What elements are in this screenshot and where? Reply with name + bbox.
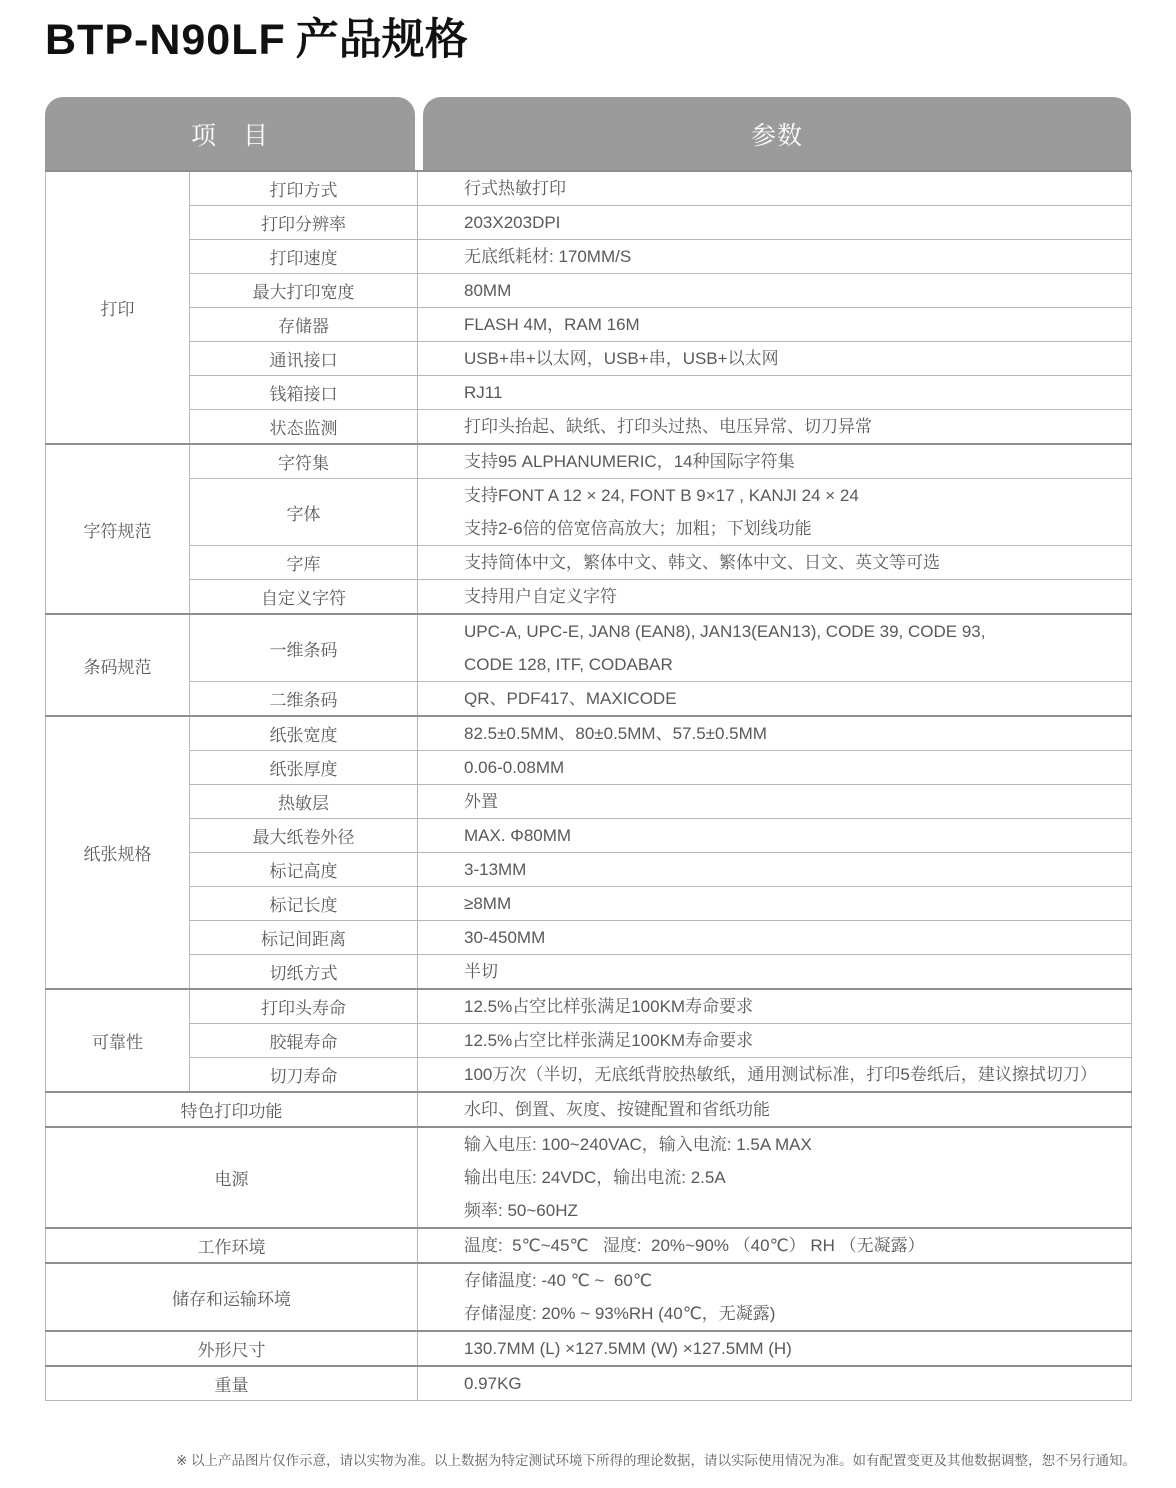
spec-item-cell: 胶辊寿命	[190, 1024, 418, 1058]
spec-item-cell: 重量	[46, 1366, 418, 1401]
spec-value-line: 温度: 5℃~45℃ 湿度: 20%~90% （40℃） RH （无凝露）	[464, 1229, 1131, 1262]
spec-value-cell: UPC-A, UPC-E, JAN8 (EAN8), JAN13(EAN13),…	[418, 614, 1132, 682]
spec-value-cell: 3-13MM	[418, 853, 1132, 887]
header-param-column: 参数	[423, 97, 1131, 170]
table-row: 工作环境温度: 5℃~45℃ 湿度: 20%~90% （40℃） RH （无凝露…	[46, 1228, 1132, 1263]
spec-value-cell: 80MM	[418, 274, 1132, 308]
table-row: 标记高度3-13MM	[46, 853, 1132, 887]
spec-group-cell: 打印	[46, 171, 190, 444]
spec-group-cell: 可靠性	[46, 989, 190, 1092]
spec-value-cell: 支持简体中文，繁体中文、韩文、繁体中文、日文、英文等可选	[418, 546, 1132, 580]
spec-item-cell: 字库	[190, 546, 418, 580]
spec-value-cell: FLASH 4M，RAM 16M	[418, 308, 1132, 342]
spec-item-cell: 存储器	[190, 308, 418, 342]
table-row: 切纸方式半切	[46, 955, 1132, 990]
spec-value-line: 12.5%占空比样张满足100KM寿命要求	[464, 990, 1131, 1023]
table-row: 外形尺寸130.7MM (L) ×127.5MM (W) ×127.5MM (H…	[46, 1331, 1132, 1366]
spec-value-cell: 支持用户自定义字符	[418, 580, 1132, 615]
table-row: 胶辊寿命12.5%占空比样张满足100KM寿命要求	[46, 1024, 1132, 1058]
spec-item-cell: 储存和运输环境	[46, 1263, 418, 1331]
spec-value-cell: 打印头抬起、缺纸、打印头过热、电压异常、切刀异常	[418, 410, 1132, 445]
spec-item-cell: 工作环境	[46, 1228, 418, 1263]
spec-value-cell: 温度: 5℃~45℃ 湿度: 20%~90% （40℃） RH （无凝露）	[418, 1228, 1132, 1263]
spec-value-cell: 支持95 ALPHANUMERIC，14种国际字符集	[418, 444, 1132, 479]
spec-value-line: 存储湿度: 20% ~ 93%RH (40℃，无凝露)	[464, 1297, 1131, 1330]
table-row: 标记间距离30-450MM	[46, 921, 1132, 955]
spec-value-cell: QR、PDF417、MAXICODE	[418, 682, 1132, 717]
table-row: 二维条码QR、PDF417、MAXICODE	[46, 682, 1132, 717]
spec-value-cell: 外置	[418, 785, 1132, 819]
spec-item-cell: 外形尺寸	[46, 1331, 418, 1366]
spec-value-cell: RJ11	[418, 376, 1132, 410]
spec-value-cell: 输入电压: 100~240VAC，输入电流: 1.5A MAX输出电压: 24V…	[418, 1127, 1132, 1228]
spec-value-line: 12.5%占空比样张满足100KM寿命要求	[464, 1024, 1131, 1057]
spec-item-cell: 电源	[46, 1127, 418, 1228]
spec-value-line: 3-13MM	[464, 853, 1131, 886]
spec-value-line: CODE 128, ITF, CODABAR	[464, 648, 1131, 681]
spec-value-line: 80MM	[464, 274, 1131, 307]
spec-value-line: ≥8MM	[464, 887, 1131, 920]
table-row: 纸张厚度0.06-0.08MM	[46, 751, 1132, 785]
spec-value-line: 输出电压: 24VDC，输出电流: 2.5A	[464, 1161, 1131, 1194]
table-row: 条码规范一维条码UPC-A, UPC-E, JAN8 (EAN8), JAN13…	[46, 614, 1132, 682]
footer-disclaimer: ※ 以上产品图片仅作示意，请以实物为准。以上数据为特定测试环境下所得的理论数据，…	[41, 1449, 1136, 1469]
spec-value-line: 行式热敏打印	[464, 172, 1131, 205]
spec-table-container: 项 目 参数 打印打印方式行式热敏打印打印分辨率203X203DPI打印速度无底…	[45, 97, 1131, 1401]
spec-item-cell: 最大纸卷外径	[190, 819, 418, 853]
page-title-suffix: 产品规格	[296, 16, 468, 64]
spec-value-cell: 行式热敏打印	[418, 171, 1132, 206]
spec-value-cell: 无底纸耗材: 170MM/S	[418, 240, 1132, 274]
spec-value-line: 0.06-0.08MM	[464, 751, 1131, 784]
product-model: BTP-N90LF	[45, 16, 286, 64]
spec-item-cell: 二维条码	[190, 682, 418, 717]
spec-value-line: 外置	[464, 785, 1131, 818]
spec-value-line: 打印头抬起、缺纸、打印头过热、电压异常、切刀异常	[464, 410, 1131, 443]
spec-item-cell: 打印速度	[190, 240, 418, 274]
spec-value-cell: 30-450MM	[418, 921, 1132, 955]
spec-value-line: 半切	[464, 955, 1131, 988]
table-row: 最大纸卷外径MAX. Φ80MM	[46, 819, 1132, 853]
spec-item-cell: 打印方式	[190, 171, 418, 206]
spec-item-cell: 切刀寿命	[190, 1058, 418, 1093]
spec-item-cell: 通讯接口	[190, 342, 418, 376]
spec-table-body: 打印打印方式行式热敏打印打印分辨率203X203DPI打印速度无底纸耗材: 17…	[46, 171, 1132, 1401]
spec-item-cell: 纸张宽度	[190, 716, 418, 751]
spec-value-cell: 水印、倒置、灰度、按键配置和省纸功能	[418, 1092, 1132, 1127]
spec-item-cell: 字符集	[190, 444, 418, 479]
spec-value-cell: 12.5%占空比样张满足100KM寿命要求	[418, 1024, 1132, 1058]
spec-value-line: QR、PDF417、MAXICODE	[464, 682, 1131, 715]
spec-value-line: FLASH 4M，RAM 16M	[464, 308, 1131, 341]
spec-item-cell: 切纸方式	[190, 955, 418, 990]
table-row: 自定义字符支持用户自定义字符	[46, 580, 1132, 615]
table-row: 钱箱接口RJ11	[46, 376, 1132, 410]
spec-item-cell: 热敏层	[190, 785, 418, 819]
table-row: 打印速度无底纸耗材: 170MM/S	[46, 240, 1132, 274]
spec-value-line: 存储温度: -40 ℃ ~ 60℃	[464, 1264, 1131, 1297]
spec-item-cell: 打印头寿命	[190, 989, 418, 1024]
spec-value-line: 支持用户自定义字符	[464, 580, 1131, 613]
spec-value-line: 支持FONT A 12 × 24, FONT B 9×17 , KANJI 24…	[464, 479, 1131, 512]
spec-sheet-page: BTP-N90LF产品规格 项 目 参数 打印打印方式行式热敏打印打印分辨率20…	[0, 0, 1176, 1488]
spec-value-cell: MAX. Φ80MM	[418, 819, 1132, 853]
table-row: 特色打印功能水印、倒置、灰度、按键配置和省纸功能	[46, 1092, 1132, 1127]
table-row: 状态监测打印头抬起、缺纸、打印头过热、电压异常、切刀异常	[46, 410, 1132, 445]
spec-item-cell: 特色打印功能	[46, 1092, 418, 1127]
spec-value-line: 输入电压: 100~240VAC，输入电流: 1.5A MAX	[464, 1128, 1131, 1161]
spec-item-cell: 打印分辨率	[190, 206, 418, 240]
spec-group-cell: 纸张规格	[46, 716, 190, 989]
table-row: 字库支持简体中文，繁体中文、韩文、繁体中文、日文、英文等可选	[46, 546, 1132, 580]
spec-value-cell: 12.5%占空比样张满足100KM寿命要求	[418, 989, 1132, 1024]
spec-item-cell: 标记高度	[190, 853, 418, 887]
table-row: 储存和运输环境存储温度: -40 ℃ ~ 60℃存储湿度: 20% ~ 93%R…	[46, 1263, 1132, 1331]
table-row: 最大打印宽度80MM	[46, 274, 1132, 308]
table-row: 切刀寿命100万次（半切，无底纸背胶热敏纸，通用测试标准，打印5卷纸后，建议擦拭…	[46, 1058, 1132, 1093]
spec-value-cell: 存储温度: -40 ℃ ~ 60℃存储湿度: 20% ~ 93%RH (40℃，…	[418, 1263, 1132, 1331]
spec-item-cell: 自定义字符	[190, 580, 418, 615]
table-row: 热敏层外置	[46, 785, 1132, 819]
table-row: 重量0.97KG	[46, 1366, 1132, 1401]
table-row: 字符规范字符集支持95 ALPHANUMERIC，14种国际字符集	[46, 444, 1132, 479]
spec-value-line: 水印、倒置、灰度、按键配置和省纸功能	[464, 1093, 1131, 1126]
table-row: 纸张规格纸张宽度82.5±0.5MM、80±0.5MM、57.5±0.5MM	[46, 716, 1132, 751]
page-title: BTP-N90LF产品规格	[45, 14, 468, 66]
spec-value-cell: 130.7MM (L) ×127.5MM (W) ×127.5MM (H)	[418, 1331, 1132, 1366]
spec-value-cell: 82.5±0.5MM、80±0.5MM、57.5±0.5MM	[418, 716, 1132, 751]
table-row: 存储器FLASH 4M，RAM 16M	[46, 308, 1132, 342]
spec-table: 打印打印方式行式热敏打印打印分辨率203X203DPI打印速度无底纸耗材: 17…	[45, 170, 1132, 1401]
spec-value-cell: USB+串+以太网，USB+串，USB+以太网	[418, 342, 1132, 376]
spec-item-cell: 字体	[190, 479, 418, 546]
spec-value-cell: 0.97KG	[418, 1366, 1132, 1401]
spec-value-line: 支持95 ALPHANUMERIC，14种国际字符集	[464, 445, 1131, 478]
spec-item-cell: 状态监测	[190, 410, 418, 445]
spec-value-line: 82.5±0.5MM、80±0.5MM、57.5±0.5MM	[464, 717, 1131, 750]
spec-group-cell: 条码规范	[46, 614, 190, 716]
spec-value-line: 频率: 50~60HZ	[464, 1194, 1131, 1227]
spec-value-line: USB+串+以太网，USB+串，USB+以太网	[464, 342, 1131, 375]
spec-value-cell: 100万次（半切，无底纸背胶热敏纸，通用测试标准，打印5卷纸后，建议擦拭切刀）	[418, 1058, 1132, 1093]
spec-value-cell: 0.06-0.08MM	[418, 751, 1132, 785]
table-row: 电源输入电压: 100~240VAC，输入电流: 1.5A MAX输出电压: 2…	[46, 1127, 1132, 1228]
table-row: 字体支持FONT A 12 × 24, FONT B 9×17 , KANJI …	[46, 479, 1132, 546]
spec-value-line: 100万次（半切，无底纸背胶热敏纸，通用测试标准，打印5卷纸后，建议擦拭切刀）	[464, 1058, 1131, 1091]
spec-value-cell: 半切	[418, 955, 1132, 990]
table-row: 打印打印方式行式热敏打印	[46, 171, 1132, 206]
spec-item-cell: 一维条码	[190, 614, 418, 682]
header-item-column: 项 目	[45, 97, 415, 170]
table-row: 打印分辨率203X203DPI	[46, 206, 1132, 240]
table-header-row: 项 目 参数	[45, 97, 1131, 170]
table-row: 可靠性打印头寿命12.5%占空比样张满足100KM寿命要求	[46, 989, 1132, 1024]
spec-value-line: RJ11	[464, 376, 1131, 409]
spec-value-line: 0.97KG	[464, 1367, 1131, 1400]
spec-value-line: 支持简体中文，繁体中文、韩文、繁体中文、日文、英文等可选	[464, 546, 1131, 579]
spec-item-cell: 标记间距离	[190, 921, 418, 955]
table-row: 标记长度≥8MM	[46, 887, 1132, 921]
spec-value-cell: ≥8MM	[418, 887, 1132, 921]
spec-value-line: UPC-A, UPC-E, JAN8 (EAN8), JAN13(EAN13),…	[464, 615, 1131, 648]
spec-value-cell: 支持FONT A 12 × 24, FONT B 9×17 , KANJI 24…	[418, 479, 1132, 546]
spec-item-cell: 纸张厚度	[190, 751, 418, 785]
spec-value-line: 203X203DPI	[464, 206, 1131, 239]
spec-item-cell: 标记长度	[190, 887, 418, 921]
spec-value-line: 130.7MM (L) ×127.5MM (W) ×127.5MM (H)	[464, 1332, 1131, 1365]
spec-item-cell: 最大打印宽度	[190, 274, 418, 308]
spec-value-line: MAX. Φ80MM	[464, 819, 1131, 852]
spec-value-line: 无底纸耗材: 170MM/S	[464, 240, 1131, 273]
spec-value-cell: 203X203DPI	[418, 206, 1132, 240]
spec-value-line: 支持2-6倍的倍宽倍高放大；加粗；下划线功能	[464, 512, 1131, 545]
spec-item-cell: 钱箱接口	[190, 376, 418, 410]
spec-value-line: 30-450MM	[464, 921, 1131, 954]
spec-group-cell: 字符规范	[46, 444, 190, 614]
table-row: 通讯接口USB+串+以太网，USB+串，USB+以太网	[46, 342, 1132, 376]
